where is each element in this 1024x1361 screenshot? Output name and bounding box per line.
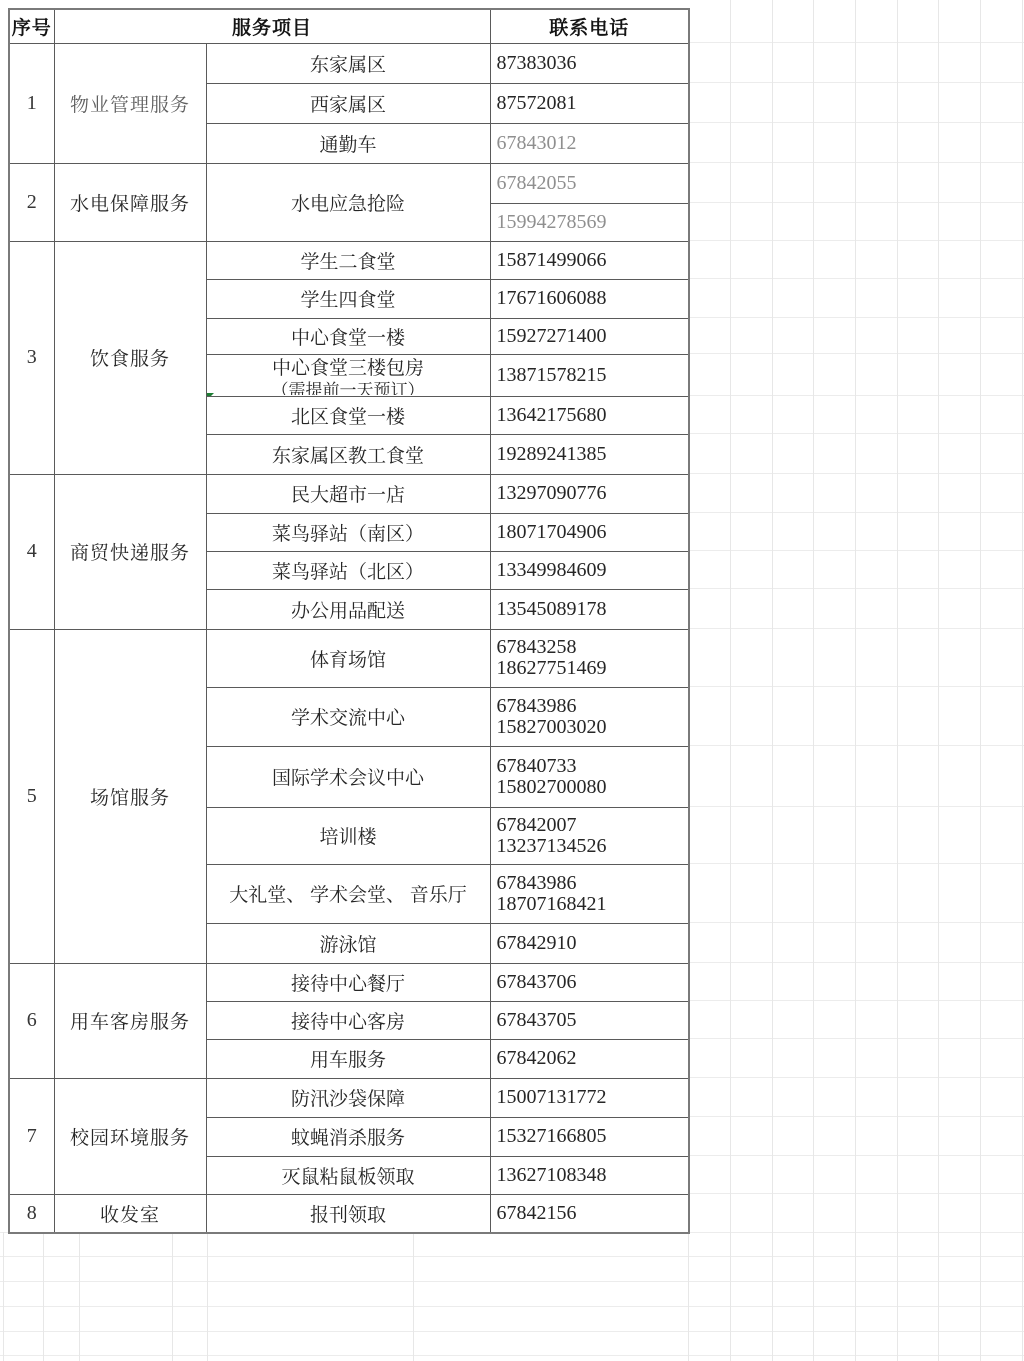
table-row: 8 收发室 报刊领取 67842156 xyxy=(9,1194,689,1233)
service-item-note: （需提前一天预订） xyxy=(207,379,490,395)
row-number-cell[interactable]: 2 xyxy=(9,163,54,241)
phone-cell[interactable]: 13545089178 xyxy=(490,589,689,629)
table-row: 6 用车客房服务 接待中心餐厅 67843706 xyxy=(9,963,689,1001)
category-cell[interactable]: 场馆服务 xyxy=(54,629,206,963)
phone-cell[interactable]: 15327166805 xyxy=(490,1117,689,1156)
header-phone[interactable]: 联系电话 xyxy=(490,9,689,43)
phone-cell[interactable]: 15994278569 xyxy=(490,203,689,241)
clipped-cell-content: 中心食堂三楼包房 （需提前一天预订） xyxy=(207,358,490,395)
service-item-cell[interactable]: 学生四食堂 xyxy=(206,279,490,318)
service-item-cell[interactable]: 大礼堂、 学术会堂、 音乐厅 xyxy=(206,864,490,923)
phone-value: 13297090776 xyxy=(497,483,689,504)
phone-cell[interactable]: 13627108348 xyxy=(490,1156,689,1194)
phone-value: 17671606088 xyxy=(497,288,689,309)
phone-value: 67843012 xyxy=(497,133,689,154)
phone-value: 67842007 xyxy=(497,815,689,836)
phone-value: 18627751469 xyxy=(497,658,689,679)
phone-cell[interactable]: 87383036 xyxy=(490,43,689,83)
category-cell[interactable]: 物业管理服务 xyxy=(54,43,206,163)
row-number-cell[interactable]: 3 xyxy=(9,241,54,474)
row-number-cell[interactable]: 6 xyxy=(9,963,54,1078)
service-item-cell[interactable]: 水电应急抢险 xyxy=(206,163,490,241)
phone-cell[interactable]: 67842007 13237134526 xyxy=(490,807,689,864)
phone-value: 18707168421 xyxy=(497,894,689,915)
service-item-cell[interactable]: 民大超市一店 xyxy=(206,474,490,513)
service-item-cell[interactable]: 东家属区教工食堂 xyxy=(206,434,490,474)
phone-value: 19289241385 xyxy=(497,444,689,465)
phone-cell[interactable]: 67843705 xyxy=(490,1001,689,1039)
spreadsheet-canvas: 序号 服务项目 联系电话 1 物业管理服务 东家属区 87383036 西家属区… xyxy=(0,0,1024,1361)
phone-value: 67843706 xyxy=(497,972,689,993)
phone-cell[interactable]: 67842156 xyxy=(490,1194,689,1233)
phone-cell[interactable]: 67842055 xyxy=(490,163,689,203)
row-number-cell[interactable]: 4 xyxy=(9,474,54,629)
phone-value: 67843258 xyxy=(497,637,689,658)
phone-value: 67842055 xyxy=(497,173,689,194)
phone-value: 15327166805 xyxy=(497,1126,689,1147)
phone-cell[interactable]: 15871499066 xyxy=(490,241,689,279)
phone-value: 15827003020 xyxy=(497,717,689,738)
phone-value: 13237134526 xyxy=(497,836,689,857)
phone-value: 13642175680 xyxy=(497,405,689,426)
row-number-cell[interactable]: 8 xyxy=(9,1194,54,1233)
service-item-cell[interactable]: 中心食堂一楼 xyxy=(206,318,490,354)
phone-value: 15007131772 xyxy=(497,1087,689,1108)
phone-value: 87383036 xyxy=(497,53,689,74)
phone-value: 87572081 xyxy=(497,93,689,114)
service-item-cell[interactable]: 灭鼠粘鼠板领取 xyxy=(206,1156,490,1194)
phone-cell[interactable]: 67843986 18707168421 xyxy=(490,864,689,923)
service-item-cell[interactable]: 用车服务 xyxy=(206,1039,490,1078)
phone-value: 13627108348 xyxy=(497,1165,689,1186)
table-row: 3 饮食服务 学生二食堂 15871499066 xyxy=(9,241,689,279)
category-cell[interactable]: 校园环境服务 xyxy=(54,1078,206,1194)
phone-cell[interactable]: 67843706 xyxy=(490,963,689,1001)
phone-cell[interactable]: 19289241385 xyxy=(490,434,689,474)
service-item-cell[interactable]: 北区食堂一楼 xyxy=(206,396,490,434)
background-grid-right xyxy=(688,0,1024,1232)
phone-value: 15927271400 xyxy=(497,326,689,347)
row-number-cell[interactable]: 7 xyxy=(9,1078,54,1194)
service-item-cell[interactable]: 体育场馆 xyxy=(206,629,490,687)
service-item-cell[interactable]: 接待中心客房 xyxy=(206,1001,490,1039)
service-item-cell[interactable]: 学生二食堂 xyxy=(206,241,490,279)
phone-cell[interactable]: 67842910 xyxy=(490,923,689,963)
category-cell[interactable]: 收发室 xyxy=(54,1194,206,1233)
service-item-cell[interactable]: 蚊蝇消杀服务 xyxy=(206,1117,490,1156)
phone-cell[interactable]: 15927271400 xyxy=(490,318,689,354)
service-item-cell[interactable]: 培训楼 xyxy=(206,807,490,864)
category-cell[interactable]: 饮食服务 xyxy=(54,241,206,474)
row-number-cell[interactable]: 1 xyxy=(9,43,54,163)
service-item-cell[interactable]: 防汛沙袋保障 xyxy=(206,1078,490,1117)
service-phone-table: 序号 服务项目 联系电话 1 物业管理服务 东家属区 87383036 西家属区… xyxy=(8,8,690,1234)
phone-value: 67842062 xyxy=(497,1048,689,1069)
phone-cell[interactable]: 13871578215 xyxy=(490,354,689,396)
phone-value: 67843986 xyxy=(497,696,689,717)
table-row: 5 场馆服务 体育场馆 67843258 18627751469 xyxy=(9,629,689,687)
phone-value: 67843705 xyxy=(497,1010,689,1031)
service-item-cell[interactable]: 国际学术会议中心 xyxy=(206,746,490,807)
service-item-cell[interactable]: 学术交流中心 xyxy=(206,687,490,746)
phone-cell[interactable]: 15007131772 xyxy=(490,1078,689,1117)
category-cell[interactable]: 用车客房服务 xyxy=(54,963,206,1078)
phone-value: 15802700080 xyxy=(497,777,689,798)
phone-cell[interactable]: 13642175680 xyxy=(490,396,689,434)
row-number-cell[interactable]: 5 xyxy=(9,629,54,963)
table-row: 1 物业管理服务 东家属区 87383036 xyxy=(9,43,689,83)
table-row: 4 商贸快递服务 民大超市一店 13297090776 xyxy=(9,474,689,513)
phone-cell[interactable]: 67843986 15827003020 xyxy=(490,687,689,746)
service-item-cell[interactable]: 西家属区 xyxy=(206,83,490,123)
phone-value: 13871578215 xyxy=(497,365,689,386)
service-item-cell[interactable]: 接待中心餐厅 xyxy=(206,963,490,1001)
phone-cell[interactable]: 67840733 15802700080 xyxy=(490,746,689,807)
phone-cell[interactable]: 18071704906 xyxy=(490,513,689,551)
phone-value: 13349984609 xyxy=(497,560,689,581)
table-header-row: 序号 服务项目 联系电话 xyxy=(9,9,689,43)
service-item-cell[interactable]: 菜鸟驿站（南区） xyxy=(206,513,490,551)
phone-cell[interactable]: 67843258 18627751469 xyxy=(490,629,689,687)
phone-value: 67843986 xyxy=(497,873,689,894)
phone-cell[interactable]: 13349984609 xyxy=(490,551,689,589)
service-item-cell[interactable]: 游泳馆 xyxy=(206,923,490,963)
service-item-cell[interactable]: 办公用品配送 xyxy=(206,589,490,629)
phone-value: 15994278569 xyxy=(497,212,689,233)
table-row: 7 校园环境服务 防汛沙袋保障 15007131772 xyxy=(9,1078,689,1117)
table-row: 2 水电保障服务 水电应急抢险 67842055 xyxy=(9,163,689,203)
phone-value: 15871499066 xyxy=(497,250,689,271)
service-item-cell[interactable]: 报刊领取 xyxy=(206,1194,490,1233)
category-cell[interactable]: 水电保障服务 xyxy=(54,163,206,241)
background-grid-bottom xyxy=(0,1232,1024,1361)
service-item-cell[interactable]: 菜鸟驿站（北区） xyxy=(206,551,490,589)
service-item-cell[interactable]: 中心食堂三楼包房 （需提前一天预订） xyxy=(206,354,490,396)
phone-value: 67842156 xyxy=(497,1203,689,1224)
phone-cell[interactable]: 67843012 xyxy=(490,123,689,163)
service-item-cell[interactable]: 东家属区 xyxy=(206,43,490,83)
phone-value: 13545089178 xyxy=(497,599,689,620)
phone-cell[interactable]: 17671606088 xyxy=(490,279,689,318)
phone-cell[interactable]: 67842062 xyxy=(490,1039,689,1078)
service-item-cell[interactable]: 通勤车 xyxy=(206,123,490,163)
header-no[interactable]: 序号 xyxy=(9,9,54,43)
phone-value: 67842910 xyxy=(497,933,689,954)
phone-value: 18071704906 xyxy=(497,522,689,543)
green-corner-marker xyxy=(206,393,214,397)
header-service[interactable]: 服务项目 xyxy=(54,9,490,43)
phone-cell[interactable]: 13297090776 xyxy=(490,474,689,513)
phone-value: 67840733 xyxy=(497,756,689,777)
phone-cell[interactable]: 87572081 xyxy=(490,83,689,123)
service-item-label: 中心食堂三楼包房 xyxy=(207,358,490,379)
category-cell[interactable]: 商贸快递服务 xyxy=(54,474,206,629)
